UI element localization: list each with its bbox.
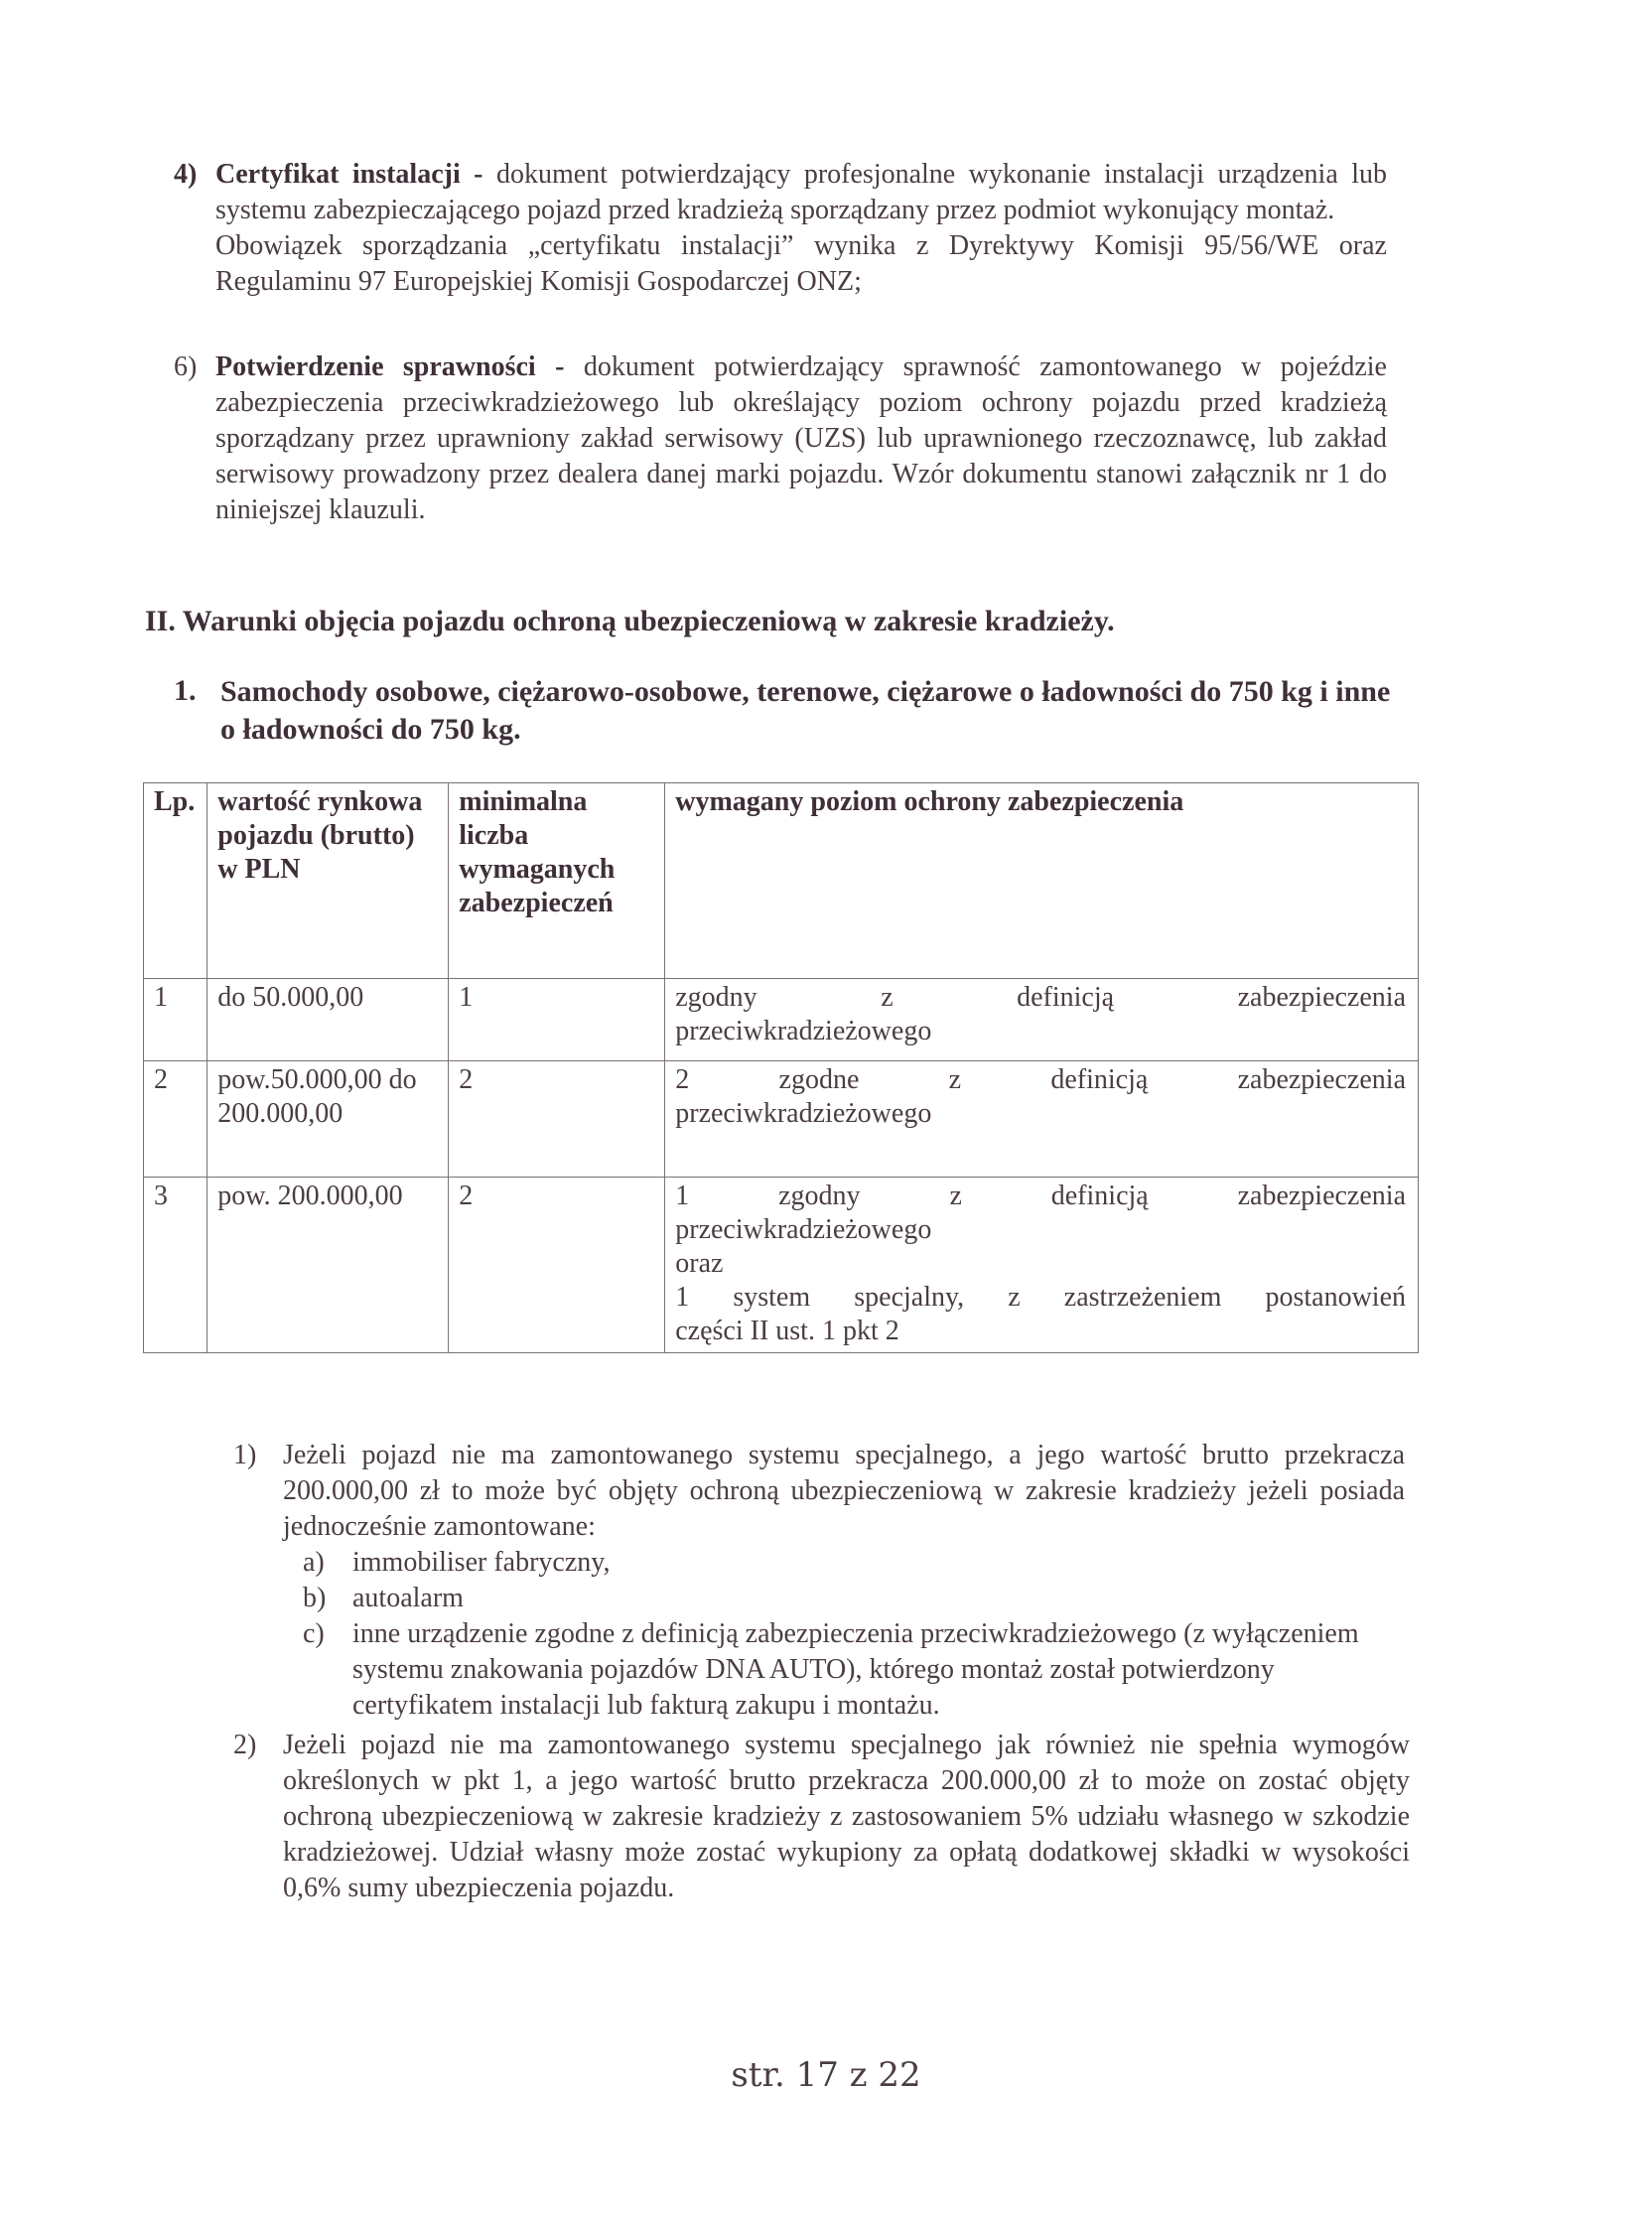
cell-lp: 2 [144, 1061, 207, 1178]
subitem-c-text: inne urządzenie zgodne z definicją zabez… [352, 1616, 1405, 1724]
definition-6-number: 6) [174, 349, 197, 385]
page-number: str. 17 z 22 [0, 2055, 1652, 2095]
subitem-c-letter: c) [303, 1616, 325, 1652]
cell-lp: 1 [144, 979, 207, 1061]
table-row: 2 pow.50.000,00 do 200.000,00 2 2 zgodne… [144, 1061, 1419, 1178]
section-heading: II. Warunki objęcia pojazdu ochroną ubez… [145, 604, 1386, 639]
definition-4-number: 4) [174, 157, 197, 193]
table-row: 3 pow. 200.000,00 2 1 zgodny z definicją… [144, 1178, 1419, 1353]
cell-value: pow. 200.000,00 [207, 1178, 449, 1353]
cell-level: 2 zgodne z definicją zabezpieczenia prze… [665, 1061, 1419, 1178]
subitem-b-letter: b) [303, 1581, 326, 1616]
subheading: Samochody osobowe, ciężarowo-osobowe, te… [220, 673, 1402, 749]
definition-4-term: Certyfikat instalacji [215, 159, 461, 190]
point-2-text: Jeżeli pojazd nie ma zamontowanego syste… [283, 1728, 1410, 1906]
cell-min-count: 1 [449, 979, 665, 1061]
point-1-number: 1) [233, 1438, 256, 1473]
cell-lp: 3 [144, 1178, 207, 1353]
point-2-number: 2) [233, 1728, 256, 1763]
subheading-number: 1. [174, 673, 197, 709]
point-1-text: Jeżeli pojazd nie ma zamontowanego syste… [283, 1438, 1405, 1545]
cell-value: do 50.000,00 [207, 979, 449, 1061]
subitem-b-text: autoalarm [352, 1581, 1405, 1616]
table-header-row: Lp. wartość rynkowa pojazdu (brutto) w P… [144, 783, 1419, 979]
cell-min-count: 2 [449, 1178, 665, 1353]
cell-value: pow.50.000,00 do 200.000,00 [207, 1061, 449, 1178]
header-value: wartość rynkowa pojazdu (brutto) w PLN [207, 783, 449, 979]
definition-6: Potwierdzenie sprawności - dokument potw… [215, 349, 1387, 528]
document-page: 4) Certyfikat instalacji - dokument potw… [0, 0, 1652, 2225]
definition-4-note: Obowiązek sporządzania „certyfikatu inst… [215, 228, 1387, 300]
security-requirements-table: Lp. wartość rynkowa pojazdu (brutto) w P… [143, 782, 1419, 1353]
table-row: 1 do 50.000,00 1 zgodny z definicją zabe… [144, 979, 1419, 1061]
header-level: wymagany poziom ochrony zabezpieczenia [665, 783, 1419, 979]
subitem-a-letter: a) [303, 1545, 325, 1581]
definition-6-term: Potwierdzenie sprawności [215, 351, 536, 382]
cell-level: zgodny z definicją zabezpieczenia przeci… [665, 979, 1419, 1061]
header-lp: Lp. [144, 783, 207, 979]
definition-4: Certyfikat instalacji - dokument potwier… [215, 157, 1387, 300]
header-min-count: minimalna liczba wymaganych zabezpieczeń [449, 783, 665, 979]
subitem-a-text: immobiliser fabryczny, [352, 1545, 1405, 1581]
cell-min-count: 2 [449, 1061, 665, 1178]
cell-level: 1 zgodny z definicją zabezpieczenia prze… [665, 1178, 1419, 1353]
